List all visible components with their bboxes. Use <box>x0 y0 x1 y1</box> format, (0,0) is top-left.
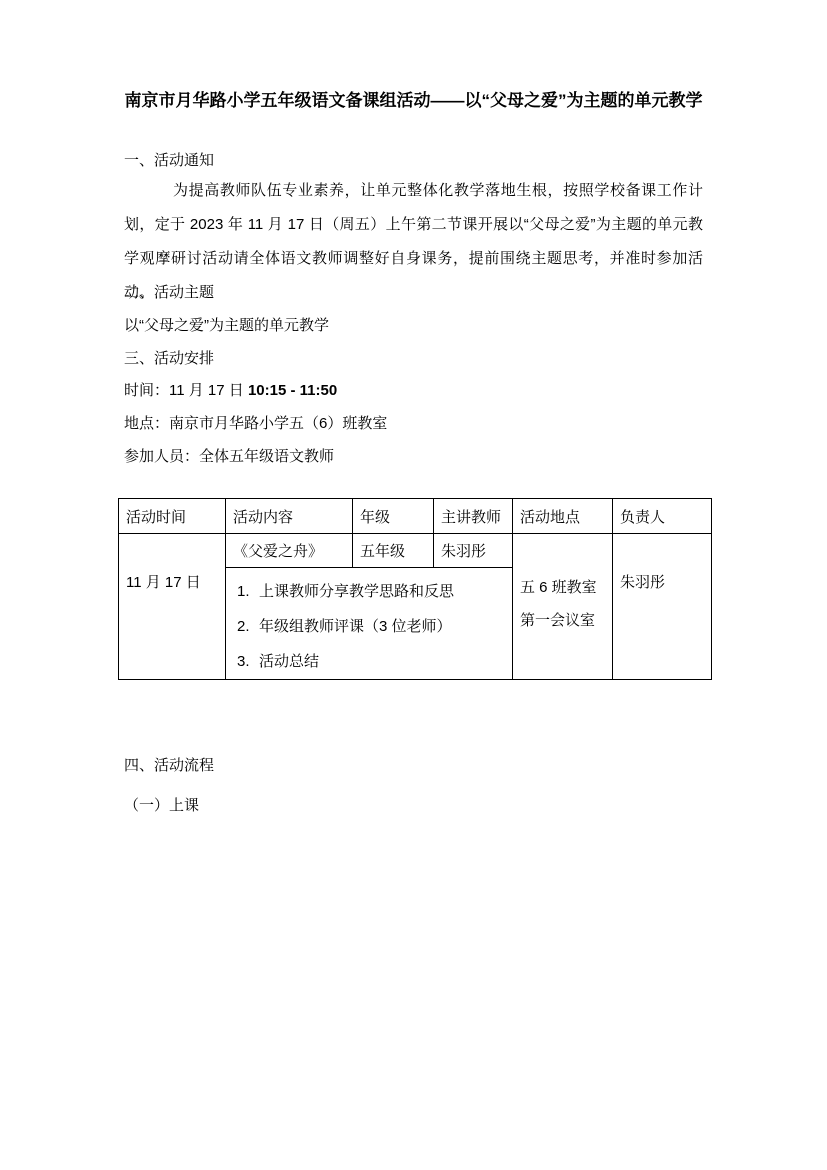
cell-grade: 五年级 <box>353 534 434 568</box>
participants-line: 参加人员：全体五年级语文教师 <box>124 447 703 466</box>
agenda-item-text: 年级组教师评课（3 位老师） <box>259 618 452 635</box>
activity-theme-text: 以“父母之爱”为主题的单元教学 <box>124 316 703 335</box>
table-header-row: 活动时间 活动内容 年级 主讲教师 活动地点 负责人 <box>119 499 712 534</box>
time-line: 时间：11 月 17 日 10:15 - 11:50 <box>124 381 703 400</box>
agenda-list: 1.上课教师分享教学思路和反思 2.年级组教师评课（3 位老师） 3.活动总结 <box>226 568 513 680</box>
document-page: 南京市月华路小学五年级语文备课组活动——以“父母之爱”为主题的单元教学 一、活动… <box>0 0 827 1170</box>
agenda-item-text: 上课教师分享教学思路和反思 <box>259 583 454 600</box>
doc-title: 南京市月华路小学五年级语文备课组活动——以“父母之爱”为主题的单元教学 <box>124 87 703 114</box>
cell-date: 11 月 17 日 <box>119 534 226 680</box>
cell-lecturer: 朱羽彤 <box>434 534 513 568</box>
time-range: 10:15 - 11:50 <box>248 382 337 399</box>
agenda-item: 2.年级组教师评课（3 位老师） <box>237 609 508 644</box>
agenda-item-number: 3. <box>237 644 259 679</box>
cell-location: 五 6 班教室 第一会议室 <box>513 534 613 680</box>
schedule-table: 活动时间 活动内容 年级 主讲教师 活动地点 负责人 11 月 17 日 《父爱… <box>118 498 712 680</box>
agenda-item-number: 1. <box>237 574 259 609</box>
section-2-heading: 二、活动主题 <box>124 283 703 302</box>
agenda-item: 1.上课教师分享教学思路和反思 <box>237 574 508 609</box>
header-lecturer: 主讲教师 <box>434 499 513 534</box>
header-activity-time: 活动时间 <box>119 499 226 534</box>
time-label: 时间：11 月 17 日 <box>124 382 248 399</box>
agenda-item-number: 2. <box>237 609 259 644</box>
cell-lesson-title: 《父爱之舟》 <box>226 534 353 568</box>
header-responsible: 负责人 <box>613 499 712 534</box>
agenda-item: 3.活动总结 <box>237 644 508 679</box>
location-line: 地点：南京市月华路小学五（6）班教室 <box>124 414 703 433</box>
cell-responsible: 朱羽彤 <box>613 534 712 680</box>
agenda-item-text: 活动总结 <box>259 653 319 670</box>
location-meeting-line: 第一会议室 <box>520 604 608 637</box>
table-row: 11 月 17 日 《父爱之舟》 五年级 朱羽彤 五 6 班教室 第一会议室 朱… <box>119 534 712 568</box>
location-room-line: 五 6 班教室 <box>520 571 608 604</box>
header-grade: 年级 <box>353 499 434 534</box>
subsection-1-heading: （一）上课 <box>124 796 703 815</box>
header-activity-content: 活动内容 <box>226 499 353 534</box>
section-1-heading: 一、活动通知 <box>124 151 703 170</box>
section-3-heading: 三、活动安排 <box>124 349 703 368</box>
section-4-heading: 四、活动流程 <box>124 756 703 775</box>
header-activity-place: 活动地点 <box>513 499 613 534</box>
